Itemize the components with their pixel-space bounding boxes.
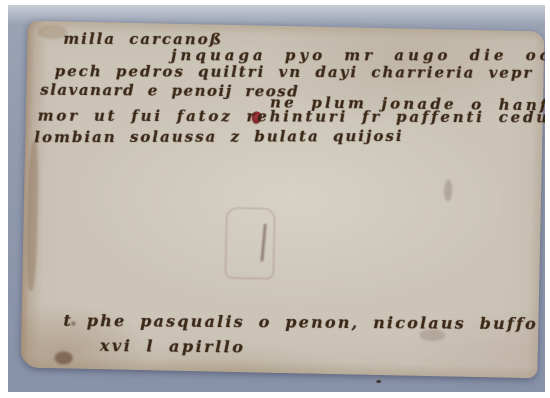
screenshot-root: { "image": { "type": "photograph of an a…: [0, 0, 550, 398]
manuscript-line-4: mor ut fui fatoz rehinturi fr paffenti c…: [38, 107, 545, 127]
manuscript-footer-line-1: t phe pasqualis o penon, nicolaus buffo …: [63, 311, 545, 333]
manuscript-footer-line-2: xvi l apirllo: [100, 336, 246, 357]
paper-stain: [54, 351, 72, 364]
paper-stain: [419, 329, 445, 342]
manuscript-paper: milla carcanoß jnquaga pyo mr augo die o…: [20, 21, 544, 379]
paper-stain: [444, 179, 452, 201]
manuscript-line-3a: slavanard e penoij reosd: [40, 81, 299, 101]
ink-speck: [376, 380, 381, 383]
manuscript-line-5: lombian solaussa z bulata quijosi: [34, 127, 403, 146]
paper-stain: [26, 141, 39, 291]
paper-stain: [37, 25, 67, 40]
seal-impression: [224, 207, 275, 280]
ink-speck: [71, 322, 75, 326]
manuscript-line-1b: jnquaga pyo mr augo die octubr,: [171, 46, 545, 64]
manuscript-photo: milla carcanoß jnquaga pyo mr augo die o…: [8, 5, 545, 392]
manuscript-line-2: pech pedros quiltri vn dayi charrieria v…: [55, 62, 545, 82]
